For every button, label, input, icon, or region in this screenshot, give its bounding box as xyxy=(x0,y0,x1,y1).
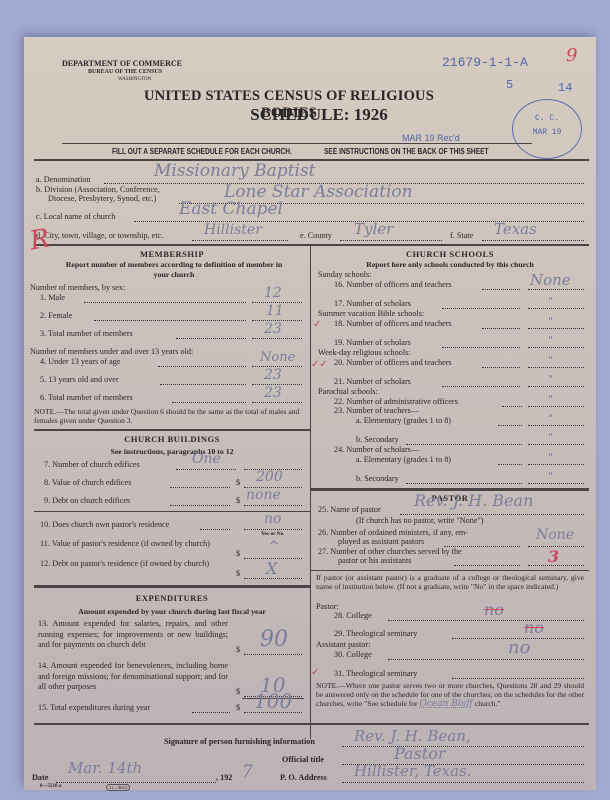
q28-field[interactable]: no xyxy=(484,600,504,619)
q18-line xyxy=(528,328,584,329)
received-stamp: MAR 19 Rec'd xyxy=(402,133,460,143)
total-expenditures-field[interactable]: 100 xyxy=(254,689,292,713)
weekday-schools-label: Week-day religious schools: xyxy=(318,348,411,358)
buildings-rule xyxy=(34,585,310,588)
q24b-label: b. Secondary xyxy=(356,474,399,484)
q24b-dots xyxy=(406,483,522,484)
edifices-value-label: 8. Value of church edifices xyxy=(44,478,131,488)
q31-label: 31. Theological seminary xyxy=(334,669,417,679)
q20-line xyxy=(528,367,584,368)
edifices-count-dots xyxy=(176,469,236,470)
q30-label: 30. College xyxy=(334,650,372,660)
q24b-field[interactable]: " xyxy=(548,470,553,483)
q21-dots xyxy=(442,386,520,387)
q17-field[interactable]: " xyxy=(548,295,553,308)
q30-field[interactable]: no xyxy=(508,637,530,658)
q27-field[interactable]: 3 xyxy=(548,547,559,566)
pastor-name-label: 25. Name of pastor xyxy=(318,505,381,515)
q20-field[interactable]: " xyxy=(548,354,553,367)
q16-line xyxy=(528,289,584,290)
sunday-schools-label: Sunday schools: xyxy=(318,270,371,280)
official-title-field[interactable]: Pastor xyxy=(394,744,446,763)
print-code: 11—9024 xyxy=(106,784,130,791)
total2-field[interactable]: 23 xyxy=(264,385,282,401)
residence-value-currency: $ xyxy=(236,549,240,559)
owns-residence-label: 10. Does church own pastor's residence xyxy=(40,520,169,530)
department-label: DEPARTMENT OF COMMERCE xyxy=(62,59,182,68)
bureau-label: BUREAU OF THE CENSUS xyxy=(88,69,162,75)
red-file-mark: 9 xyxy=(566,45,577,66)
census-schedule-sheet: DEPARTMENT OF COMMERCE BUREAU OF THE CEN… xyxy=(24,37,596,790)
q29-field[interactable]: no xyxy=(524,618,544,637)
under13-field[interactable]: None xyxy=(260,350,295,365)
expenditures-title: EXPENDITURES xyxy=(34,593,310,603)
pastor-mid-rule xyxy=(310,570,589,571)
city-line xyxy=(192,240,288,241)
header-rule-top xyxy=(62,143,532,144)
female-field[interactable]: 11 xyxy=(266,303,284,319)
by-sex-label: Number of members, by sex: xyxy=(30,283,125,293)
q23a-line xyxy=(528,425,584,426)
residence-value-label: 11. Value of pastor's residence (if owne… xyxy=(40,539,230,549)
q24a-line xyxy=(528,464,584,465)
q22-line xyxy=(528,406,584,407)
edifices-debt-dots xyxy=(170,505,230,506)
red-check-31: ✓ xyxy=(311,667,319,678)
q26-field[interactable]: None xyxy=(536,527,574,543)
pastor-note-end: church." xyxy=(475,699,501,708)
pastor-note: NOTE.—Where one pastor serves two or mor… xyxy=(316,681,584,709)
file-number: 21679-1-1-A xyxy=(442,55,528,70)
q17-line xyxy=(528,308,584,309)
denomination-label: a. Denomination xyxy=(36,175,91,185)
edifices-count-field[interactable]: One xyxy=(192,451,221,467)
q17-dots xyxy=(442,308,520,309)
residence-debt-label: 12. Debt on pastor's residence (if owned… xyxy=(40,559,230,569)
year-field[interactable]: 7 xyxy=(242,762,253,782)
female-dots xyxy=(94,320,246,321)
q27-dots xyxy=(454,565,520,566)
state-field[interactable]: Texas xyxy=(494,220,537,238)
q23a-field[interactable]: " xyxy=(548,412,553,425)
local-name-field[interactable]: East Chapel xyxy=(179,199,283,219)
salaries-label: 13. Amount expended for salaries, repair… xyxy=(38,619,228,651)
q22-field[interactable]: " xyxy=(548,393,553,406)
q18-dots xyxy=(482,328,520,329)
instruction-right: SEE INSTRUCTIONS ON THE BACK OF THIS SHE… xyxy=(324,147,489,156)
q26-label-2: ployed as assistant pastors xyxy=(338,537,424,547)
owns-residence-line xyxy=(244,529,302,530)
schedule-title: SCHEDULE: 1926 xyxy=(214,105,424,125)
q24a-dots xyxy=(498,464,522,465)
cc-stamp: C. C. MAR 19 xyxy=(512,99,582,159)
over13-field[interactable]: 23 xyxy=(264,367,282,383)
under13-dots xyxy=(158,366,246,367)
q24a-label: a. Elementary (grades 1 to 8) xyxy=(356,455,451,465)
cc-stamp-line1: C. C. xyxy=(513,114,581,123)
edifices-value-dots xyxy=(170,487,230,488)
q21-label: 21. Number of scholars xyxy=(334,377,411,387)
signature-label: Signature of person furnishing informati… xyxy=(164,737,315,747)
pastor-name-hint: (If church has no pastor, write "None") xyxy=(356,516,484,526)
state-line xyxy=(482,240,584,241)
residence-debt-field[interactable]: X xyxy=(266,559,277,578)
schools-title: CHURCH SCHOOLS xyxy=(312,249,588,259)
stamp-number-left: 5 xyxy=(506,78,513,92)
total-members-dots xyxy=(176,338,246,339)
identity-rule xyxy=(34,244,589,246)
owns-residence-field[interactable]: no xyxy=(264,511,281,527)
date-line xyxy=(56,782,216,783)
q17-label: 17. Number of scholars xyxy=(334,299,411,309)
parochial-schools-label: Parochial schools: xyxy=(318,387,378,397)
q19-field[interactable]: " xyxy=(548,334,553,347)
edifices-count-label: 7. Number of church edifices xyxy=(44,460,140,470)
under13-label: 4. Under 13 years of age xyxy=(40,357,120,367)
q19-line xyxy=(528,347,584,348)
see-schedule-field[interactable]: Ocean Bluff xyxy=(419,699,472,709)
edifices-debt-label: 9. Debt on church edifices xyxy=(44,496,130,506)
residence-value-field[interactable]: ^ xyxy=(268,539,280,555)
total2-label: 6. Total number of members xyxy=(40,393,133,403)
total-expenditures-dots xyxy=(192,712,230,713)
q23-label: 23. Number of teachers— xyxy=(334,406,419,416)
denomination-field[interactable]: Missionary Baptist xyxy=(154,161,316,181)
official-title-label: Official title xyxy=(282,755,324,765)
date-field[interactable]: Mar. 14th xyxy=(68,759,142,777)
red-check-18: ✓ xyxy=(313,319,321,330)
q22-dots xyxy=(502,406,522,407)
male-dots xyxy=(84,302,246,303)
q29-label: 29. Theological seminary xyxy=(334,629,417,639)
q27-label-2: pastor or his assistants xyxy=(338,556,411,566)
form-code: 8—5518 a xyxy=(40,784,61,789)
q24-label: 24. Number of scholars— xyxy=(334,445,419,455)
membership-title: MEMBERSHIP xyxy=(34,249,310,259)
edifices-value-field[interactable]: 200 xyxy=(256,469,283,485)
edifices-debt-currency: $ xyxy=(236,496,240,506)
over13-label: 5. 13 years old and over xyxy=(40,375,119,385)
membership-rule xyxy=(34,429,310,431)
q24b-line xyxy=(528,483,584,484)
q19-dots xyxy=(442,347,520,348)
q23b-field[interactable]: " xyxy=(548,431,553,444)
column-divider xyxy=(310,244,311,739)
expenditures-subtitle: Amount expended by your church during la… xyxy=(34,607,310,617)
residence-debt-currency: $ xyxy=(236,569,240,579)
po-address-field[interactable]: Hillister, Texas. xyxy=(354,762,472,780)
total2-line xyxy=(252,402,302,403)
buildings-title: CHURCH BUILDINGS xyxy=(34,434,310,444)
q20-dots xyxy=(482,367,520,368)
female-label: 2. Female xyxy=(40,311,72,321)
buildings-subtitle: See instructions, paragraphs 10 to 12 xyxy=(34,447,310,457)
pastor-name-field[interactable]: Rev. J. H. Bean xyxy=(414,491,533,510)
salaries-field[interactable]: 90 xyxy=(260,627,288,652)
q23b-dots xyxy=(406,444,522,445)
local-name-label: c. Local name of church xyxy=(36,212,115,222)
county-label: e. County xyxy=(300,231,332,241)
county-line xyxy=(340,240,442,241)
membership-note: NOTE.—The total given under Question 6 s… xyxy=(34,407,304,425)
city-field[interactable]: Hillister xyxy=(204,222,262,238)
q21-line xyxy=(528,386,584,387)
benevolences-label: 14. Amount expended for benevolences, in… xyxy=(38,661,228,693)
q23b-line xyxy=(528,444,584,445)
q16-dots xyxy=(482,289,520,290)
q24a-field[interactable]: " xyxy=(548,451,553,464)
red-check-20: ✓✓ xyxy=(311,359,328,370)
summer-schools-label: Summer vacation Bible schools: xyxy=(318,309,424,319)
footer-rule xyxy=(34,723,589,725)
stamp-number-right: 14 xyxy=(558,81,572,95)
county-field[interactable]: Tyler xyxy=(354,220,393,238)
signature-line xyxy=(342,746,584,747)
total-members-field[interactable]: 23 xyxy=(264,321,282,337)
pastor-name-line xyxy=(400,514,584,515)
q20-label: 20. Number of officers and teachers xyxy=(334,358,452,368)
cc-stamp-line2: MAR 19 xyxy=(513,128,581,137)
yes-no-hint: Yes or No xyxy=(261,531,284,537)
edifices-value-currency: $ xyxy=(236,478,240,488)
q28-label: 28. College xyxy=(334,611,372,621)
q21-field[interactable]: " xyxy=(548,373,553,386)
total-expenditures-label: 15. Total expenditures during year xyxy=(38,703,150,713)
total-members-line xyxy=(252,338,302,339)
state-label: f. State xyxy=(450,231,473,241)
po-address-label: P. O. Address xyxy=(280,773,327,783)
q16-label: 16. Number of officers and teachers xyxy=(334,280,452,290)
q31-line xyxy=(452,678,584,679)
male-label: 1. Male xyxy=(40,293,65,303)
schools-subtitle: Report here only schools conducted by th… xyxy=(312,260,588,270)
signature-field[interactable]: Rev. J. H. Bean, xyxy=(354,727,471,745)
q28-line xyxy=(388,620,584,621)
q23a-label: a. Elementary (grades 1 to 8) xyxy=(356,416,451,426)
edifices-debt-line xyxy=(244,505,302,506)
membership-subtitle: Report number of members according to de… xyxy=(64,260,284,280)
over13-dots xyxy=(160,384,246,385)
q16-field[interactable]: None xyxy=(530,271,571,289)
total-members-label: 3. Total number of members xyxy=(40,329,133,339)
instruction-left: FILL OUT A SEPARATE SCHEDULE FOR EACH CH… xyxy=(112,147,292,156)
salaries-line xyxy=(244,654,302,655)
year-prefix: , 192 xyxy=(216,773,232,783)
owns-residence-dots xyxy=(200,529,230,530)
city-field-label: d. City, town, village, or township, etc… xyxy=(36,231,163,241)
po-address-line xyxy=(342,782,584,783)
q19-label: 19. Number of scholars xyxy=(334,338,411,348)
edifices-debt-field[interactable]: none xyxy=(246,487,281,503)
graduate-note: If pastor (or assistant pastor) is a gra… xyxy=(316,573,584,591)
q23a-dots xyxy=(498,425,522,426)
division-label-2: Diocese, Presbytery, Synod, etc.) xyxy=(48,194,156,204)
total2-dots xyxy=(172,402,246,403)
date-label: Date xyxy=(32,773,48,783)
age-label: Number of members under and over 13 year… xyxy=(30,347,193,357)
q30-line xyxy=(388,659,584,660)
q18-field[interactable]: " xyxy=(548,315,553,328)
q23b-label: b. Secondary xyxy=(356,435,399,445)
male-field[interactable]: 12 xyxy=(264,285,282,301)
residence-debt-line xyxy=(244,578,302,579)
q18-label: 18. Number of officers and teachers xyxy=(334,319,452,329)
assistant-pastor-label: Assistant pastor: xyxy=(316,640,370,650)
city-label: WASHINGTON xyxy=(118,77,151,82)
